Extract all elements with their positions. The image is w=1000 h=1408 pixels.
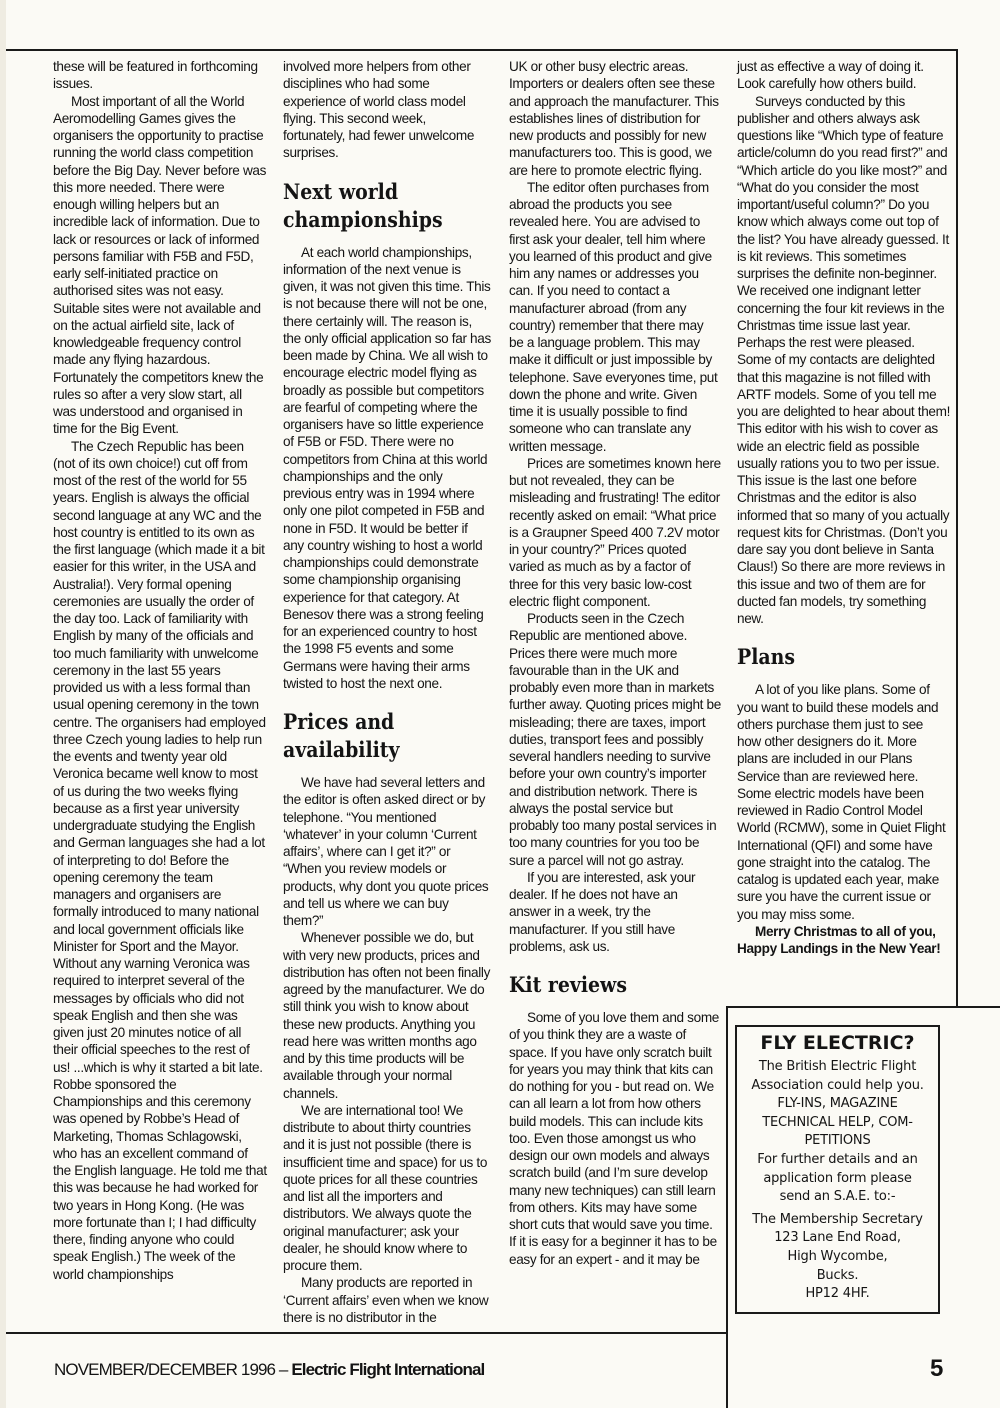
page-number: 5 <box>930 1355 943 1383</box>
ad-headline: FLY ELECTRIC? <box>737 1030 938 1056</box>
body-paragraph: Whenever possible we do, but with very n… <box>283 929 491 1102</box>
footer-issue-date: NOVEMBER/DECEMBER 1996 – <box>54 1360 291 1379</box>
body-paragraph: UK or other busy electric areas. Importe… <box>509 58 721 179</box>
body-paragraph: We have had several letters and the edit… <box>283 774 491 929</box>
article-column-3: UK or other busy electric areas. Importe… <box>509 58 721 1268</box>
ad-address-line: High Wycombe, <box>737 1248 938 1267</box>
frame-bottom-rule <box>6 1332 727 1334</box>
ad-text-line: TECHNICAL HELP, COM- <box>737 1114 938 1133</box>
ad-text-line: send an S.A.E. to:- <box>737 1188 938 1207</box>
body-paragraph: At each world championships, information… <box>283 244 491 693</box>
ad-address-line: Bucks. <box>737 1267 938 1286</box>
body-paragraph: Many products are reported in ‘Current a… <box>283 1274 491 1326</box>
article-column-2: involved more helpers from other discipl… <box>283 58 491 1326</box>
body-paragraph: The Czech Republic has been (not of its … <box>53 438 268 1283</box>
section-heading: Next world championships <box>283 178 491 234</box>
section-heading: Kit reviews <box>509 971 721 999</box>
body-paragraph: these will be featured in forthcoming is… <box>53 58 268 93</box>
frame-right-rule <box>956 49 958 1007</box>
closing-greeting: Merry Christmas to all of you, Happy Lan… <box>737 923 950 958</box>
ad-text-line: PETITIONS <box>737 1132 938 1151</box>
ad-address-line: The Membership Secretary <box>737 1211 938 1230</box>
frame-top-rule <box>6 49 957 51</box>
body-paragraph: just as effective a way of doing it. Loo… <box>737 58 950 93</box>
ad-text-line: FLY-INS, MAGAZINE <box>737 1095 938 1114</box>
ad-panel-left-rule <box>726 1006 728 1408</box>
section-heading: Prices and availability <box>283 708 491 764</box>
befa-advert-box: FLY ELECTRIC? The British Electric Fligh… <box>735 1025 940 1314</box>
body-paragraph: involved more helpers from other discipl… <box>283 58 491 162</box>
body-paragraph: The editor often purchases from abroad t… <box>509 179 721 455</box>
page-footer: NOVEMBER/DECEMBER 1996 – Electric Flight… <box>54 1360 484 1380</box>
section-heading: Plans <box>737 643 950 671</box>
ad-address-line: 123 Lane End Road, <box>737 1229 938 1248</box>
article-column-4: just as effective a way of doing it. Loo… <box>737 58 950 957</box>
ad-text-line: application form please <box>737 1170 938 1189</box>
body-paragraph: We are international too! We distribute … <box>283 1102 491 1275</box>
ad-address-line: HP12 4HF. <box>737 1285 938 1304</box>
footer-publication-name: Electric Flight International <box>291 1360 484 1379</box>
body-paragraph: Most important of all the World Aeromode… <box>53 93 268 438</box>
article-column-1: these will be featured in forthcoming is… <box>53 58 268 1283</box>
body-paragraph: If you are interested, ask your dealer. … <box>509 869 721 955</box>
page-edge-shadow <box>0 0 6 1408</box>
body-paragraph: Surveys conducted by this publisher and … <box>737 93 950 628</box>
ad-text-line: For further details and an <box>737 1151 938 1170</box>
body-paragraph: A lot of you like plans. Some of you wan… <box>737 681 950 923</box>
body-paragraph: Prices are sometimes known here but not … <box>509 455 721 610</box>
ad-text-line: The British Electric Flight <box>737 1058 938 1077</box>
body-paragraph: Products seen in the Czech Republic are … <box>509 610 721 869</box>
ad-panel-top-rule <box>726 1006 1000 1008</box>
body-paragraph: Some of you love them and some of you th… <box>509 1009 721 1268</box>
ad-text-line: Association could help you. <box>737 1077 938 1096</box>
